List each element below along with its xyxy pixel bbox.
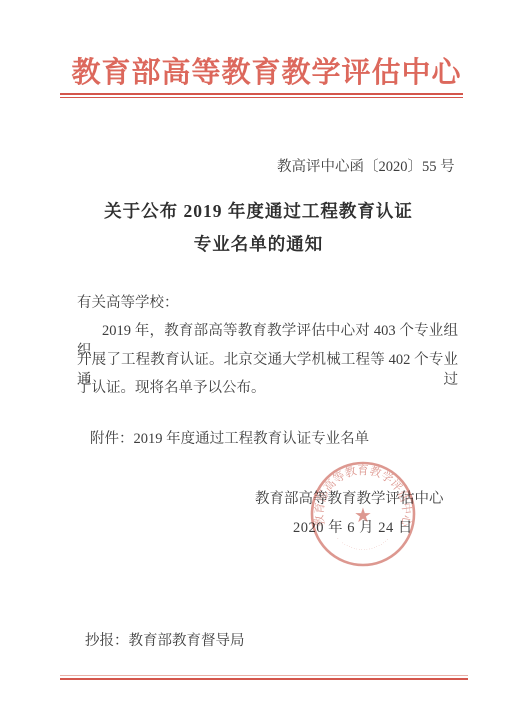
body-paragraph-line3: 了认证。现将名单予以公布。 [77, 378, 266, 398]
doc-title-line1: 关于公布 2019 年度通过工程教育认证 [0, 198, 517, 223]
footer-rule-upper [60, 675, 468, 676]
seal-star-icon: ★ [354, 505, 372, 527]
salutation: 有关高等学校： [77, 293, 179, 313]
footer-rule-lower [60, 678, 468, 680]
document-page: 教育部高等教育教学评估中心 教高评中心函〔2020〕55 号 关于公布 2019… [0, 0, 517, 727]
seal-code-marks: ·ீ···················· [335, 537, 391, 553]
doc-title-line2: 专业名单的通知 [0, 231, 517, 256]
doc-number: 教高评中心函〔2020〕55 号 [277, 157, 455, 177]
letterhead-org-title: 教育部高等教育教学评估中心 [0, 50, 517, 91]
letterhead-rule-upper [60, 93, 463, 95]
letterhead-rule-lower [60, 97, 463, 98]
cc-line: 抄报：教育部教育督导局 [85, 631, 245, 651]
official-seal: 教育部高等教育教学评估中心 ★ ·ீ···················· [308, 459, 418, 569]
attachment-line: 附件：2019 年度通过工程教育认证专业名单 [90, 429, 369, 449]
